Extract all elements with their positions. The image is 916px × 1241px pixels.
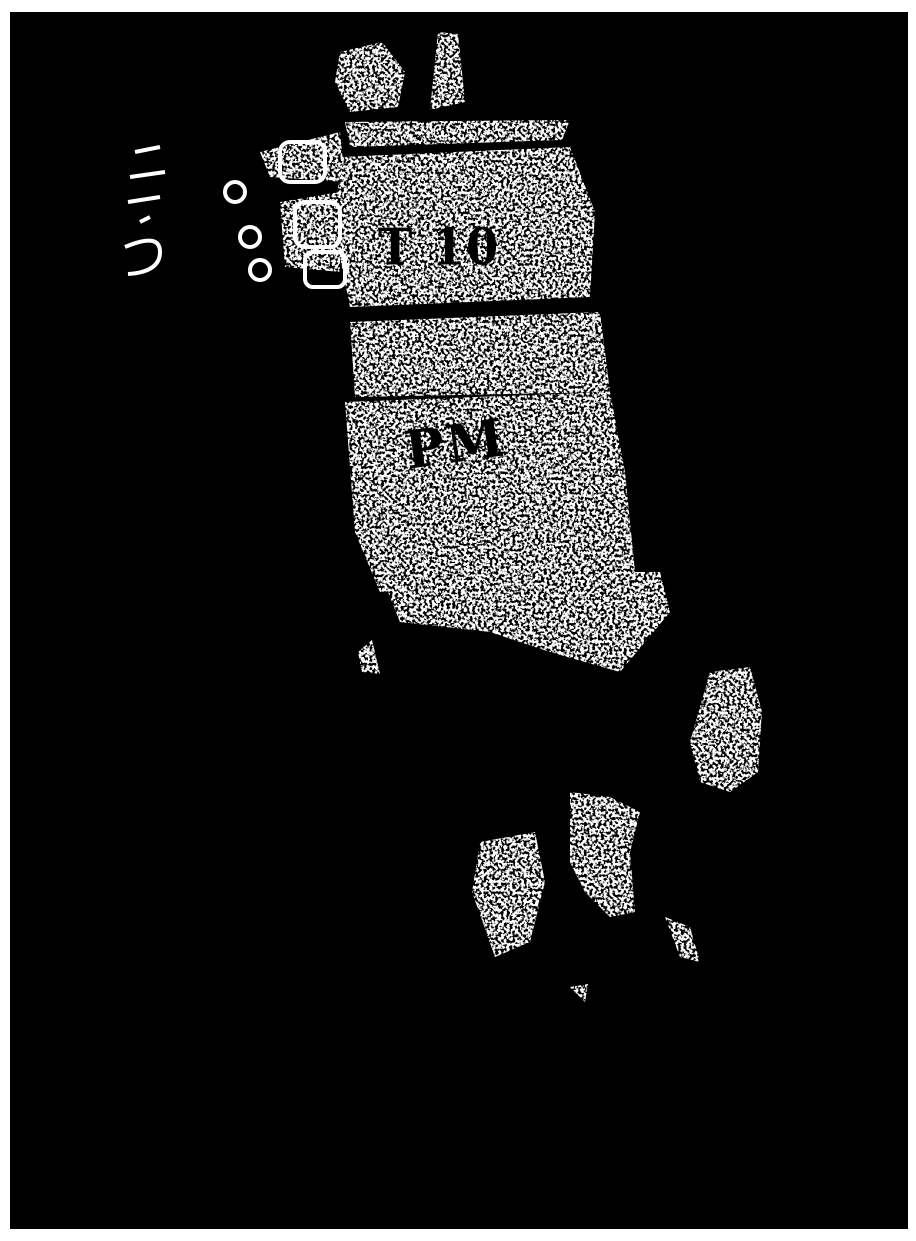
- vertebra-level-label: T 10: [378, 217, 500, 276]
- radiograph-image: T 10 PM: [10, 12, 908, 1229]
- spine-scan-drawing: [10, 12, 908, 1229]
